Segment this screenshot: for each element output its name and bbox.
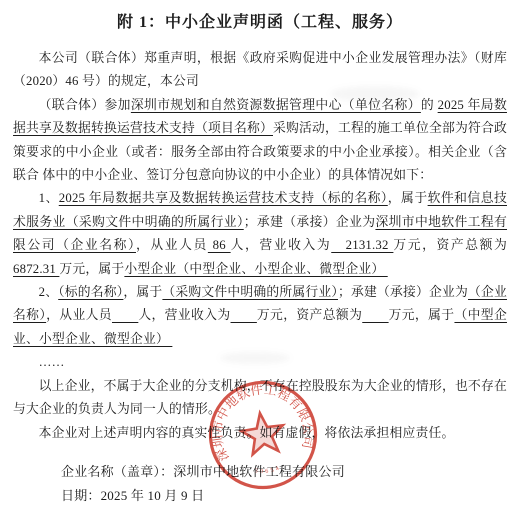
revenue-underlined: 2131.32 xyxy=(331,238,393,252)
text-segment: 万元，属于 xyxy=(59,262,124,276)
item-number: 2、 xyxy=(39,285,59,299)
text-segment: ，属于 xyxy=(388,191,428,205)
document-page: 附 1：中小企业声明函（工程、服务） 本公司（联合体）郑重声明，根据《政府采购促… xyxy=(0,0,520,516)
text-segment: （联合体）参加 xyxy=(39,98,131,112)
industry-placeholder: （采购文件中明确的所属行业） xyxy=(162,285,338,299)
seal-star-icon xyxy=(239,410,286,455)
employee-count-underlined: 86 xyxy=(208,238,231,252)
seal-serial-number: 30654 xyxy=(253,464,282,476)
text-segment: ，从业人员 xyxy=(46,308,112,322)
paragraph-item-1: 1、2025 年局数据共享及数据转换运营技术支持（标的名称），属于软件和信息技术… xyxy=(13,187,507,281)
blank-field xyxy=(362,308,388,322)
text-segment: 万元，资产总额为 xyxy=(393,238,507,252)
text-segment: ；承建（承接）企业为 xyxy=(338,285,468,299)
blank-field xyxy=(112,308,138,322)
text-segment: 本公司（联合体）郑重声明，根据《政府采购促进中小企业发展管理办法》（财库（202… xyxy=(13,51,507,88)
text-segment: 万元，属于 xyxy=(389,308,455,322)
paragraph-declaration: 本公司（联合体）郑重声明，根据《政府采购促进中小企业发展管理办法》（财库（202… xyxy=(13,47,507,94)
text-segment: …… xyxy=(39,355,65,369)
subject-name-placeholder: （标的名称） xyxy=(58,285,123,299)
purchaser-name-underlined: 深圳市规划和自然资源数据管理中心（单位名称） xyxy=(131,98,421,112)
paragraph-item-2: 2、（标的名称），属于（采购文件中明确的所属行业）；承建（承接）企业为（企业名称… xyxy=(13,281,507,351)
text-segment: 万元，资产总额为 xyxy=(257,308,362,322)
enterprise-type-underlined: 小型企业（中型企业、小型企业、微型企业） xyxy=(124,262,387,276)
subject-name-underlined: 2025 年局数据共享及数据转换运营技术支持（标的名称） xyxy=(59,191,388,205)
text-segment: ；承建（承接）企业为 xyxy=(244,215,376,229)
company-seal-stamp: 深圳市中地软件工程有限公司 30654 xyxy=(203,377,323,497)
seal-group: 深圳市中地软件工程有限公司 30654 xyxy=(204,377,323,494)
text-segment: ，从业人员 xyxy=(136,238,208,252)
assets-underlined: 6872.31 xyxy=(13,262,59,276)
ellipsis-line: …… xyxy=(13,351,507,374)
document-title: 附 1：中小企业声明函（工程、服务） xyxy=(0,0,520,34)
item-number: 1、 xyxy=(39,191,59,205)
blank-field xyxy=(231,308,257,322)
text-segment: 的 xyxy=(421,98,438,112)
text-segment: 人，营业收入为 xyxy=(231,238,332,252)
text-segment: ，属于 xyxy=(123,285,162,299)
paragraph-procurement-activity: （联合体）参加深圳市规划和自然资源数据管理中心（单位名称）的 2025 年局数据… xyxy=(13,94,507,188)
text-segment: 人，营业收入为 xyxy=(138,308,230,322)
